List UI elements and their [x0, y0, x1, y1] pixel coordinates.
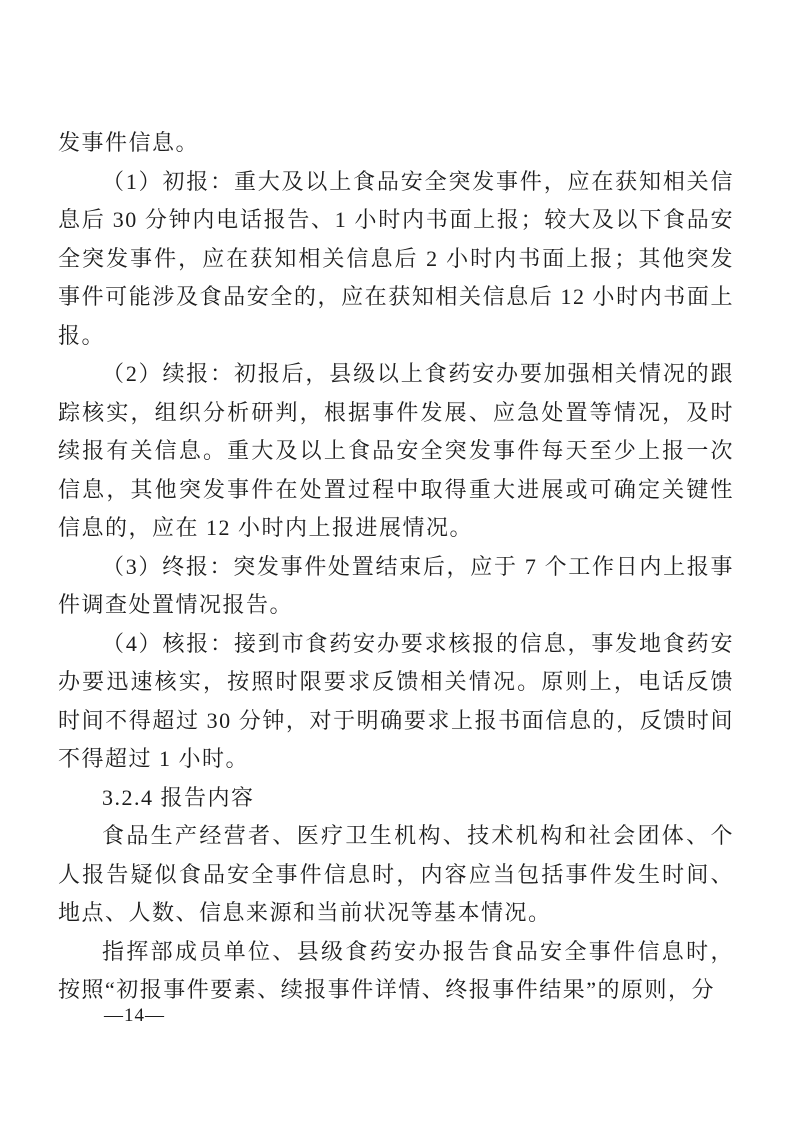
document-page: 发事件信息。 （1）初报：重大及以上食品安全突发事件，应在获知相关信息后 30 … [0, 0, 793, 1122]
paragraph-verification-report: （4）核报：接到市食药安办要求核报的信息，事发地食药安办要迅速核实，按照时限要求… [58, 625, 734, 779]
document-body: 发事件信息。 （1）初报：重大及以上食品安全突发事件，应在获知相关信息后 30 … [58, 124, 734, 1010]
paragraph-initial-report: （1）初报：重大及以上食品安全突发事件，应在获知相关信息后 30 分钟内电话报告… [58, 163, 734, 356]
paragraph-continuation: 发事件信息。 [58, 124, 734, 163]
paragraph-followup-report: （2）续报：初报后，县级以上食药安办要加强相关情况的跟踪核实，组织分析研判，根据… [58, 355, 734, 548]
paragraph-report-content-principle: 指挥部成员单位、县级食药安办报告食品安全事件信息时，按照“初报事件要素、续报事件… [58, 933, 734, 1010]
section-heading-3-2-4: 3.2.4 报告内容 [58, 779, 734, 818]
paragraph-report-content-entities: 食品生产经营者、医疗卫生机构、技术机构和社会团体、个人报告疑似食品安全事件信息时… [58, 817, 734, 933]
page-number: —14— [104, 1005, 165, 1027]
paragraph-final-report: （3）终报：突发事件处置结束后，应于 7 个工作日内上报事件调查处置情况报告。 [58, 548, 734, 625]
